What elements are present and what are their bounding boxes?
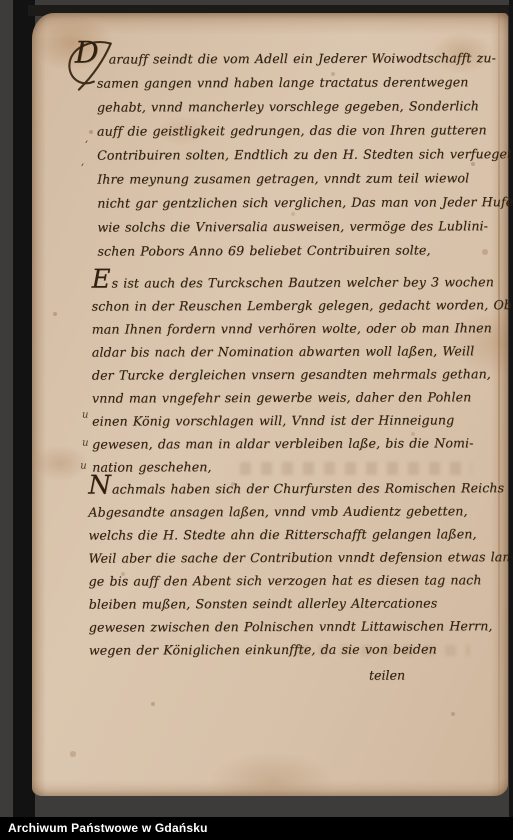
margin-mark: , [81, 157, 84, 168]
manuscript-line: Contribuiren solten, Endtlich zu den H. … [97, 142, 513, 167]
manuscript-paragraph-1: arauff seindt die vom Adell ein Jederer … [97, 46, 513, 263]
manuscript-line: gewesen, das man in aldar verbleiben laß… [92, 431, 512, 455]
margin-mark: u [80, 461, 86, 472]
manuscript-line: Es ist auch des Turckschen Bautzen welch… [92, 270, 512, 294]
catchword: teilen [369, 668, 405, 683]
archive-caption-bar: Archiwum Państwowe w Gdańsku [0, 817, 513, 840]
margin-mark: , [85, 134, 88, 145]
manuscript-line: schon in der Reuschen Lembergk gelegen, … [92, 293, 512, 317]
manuscript-line: man Ihnen fordern vnnd verhören wolte, o… [92, 316, 512, 340]
manuscript-line: bleiben mußen, Sonsten seindt allerley A… [89, 591, 513, 615]
manuscript-line: samen gangen vnnd haben lange tractatus … [97, 70, 513, 95]
manuscript-line: Abgesandte ansagen laßen, vnnd vmb Audie… [88, 499, 513, 523]
manuscript-line: wegen der Königlichen einkunffte, da sie… [89, 637, 513, 661]
manuscript-line: Weil aber die sache der Contribution vnn… [88, 545, 513, 569]
manuscript-line: nicht gar gentzlichen sich verglichen, D… [97, 190, 513, 215]
manuscript-line: Nachmals haben sich der Churfursten des … [88, 476, 513, 500]
manuscript-line: schen Pobors Anno 69 beliebet Contribuir… [97, 238, 513, 263]
manuscript-paragraph-3: Nachmals haben sich der Churfursten des … [88, 476, 513, 661]
archival-scan-viewport: D arauff seindt die vom Adell ein Jedere… [0, 0, 513, 840]
handwritten-text-block: D arauff seindt die vom Adell ein Jedere… [31, 12, 510, 797]
manuscript-line: welchs die H. Stedte ahn die Ritterschaf… [88, 522, 513, 546]
manuscript-line: gewesen zwischen den Polnischen vnndt Li… [89, 614, 513, 638]
manuscript-line: der Turcke dergleichen vnsern gesandten … [92, 362, 512, 386]
manuscript-line: vnnd man vngefehr sein gewerbe weis, dah… [92, 385, 512, 409]
manuscript-line: arauff seindt die vom Adell ein Jederer … [97, 46, 513, 71]
manuscript-line: einen König vorschlagen will, Vnnd ist d… [92, 408, 512, 432]
archive-name-label: Archiwum Państwowe w Gdańsku [0, 817, 513, 840]
manuscript-paragraph-2: Es ist auch des Turckschen Bautzen welch… [92, 270, 513, 478]
paragraph-1-initial: D [75, 36, 99, 71]
manuscript-line: ge bis auff den Abent sich verzogen hat … [89, 568, 513, 592]
manuscript-line: aldar bis nach der Nomination abwarten w… [92, 339, 512, 363]
manuscript-line: wie solchs die Vniversalia ausweisen, ve… [97, 214, 513, 239]
manuscript-line: gehabt, vnnd mancherley vorschlege gegeb… [97, 94, 513, 119]
manuscript-page: D arauff seindt die vom Adell ein Jedere… [32, 13, 508, 796]
manuscript-line: auff die geistligkeit gedrungen, das die… [97, 118, 513, 143]
manuscript-line: nation geschehen, [92, 454, 512, 478]
margin-mark: u [82, 410, 88, 421]
manuscript-line: Ihre meynung zusamen getragen, vnndt zum… [97, 166, 513, 191]
margin-mark: u [82, 438, 88, 449]
